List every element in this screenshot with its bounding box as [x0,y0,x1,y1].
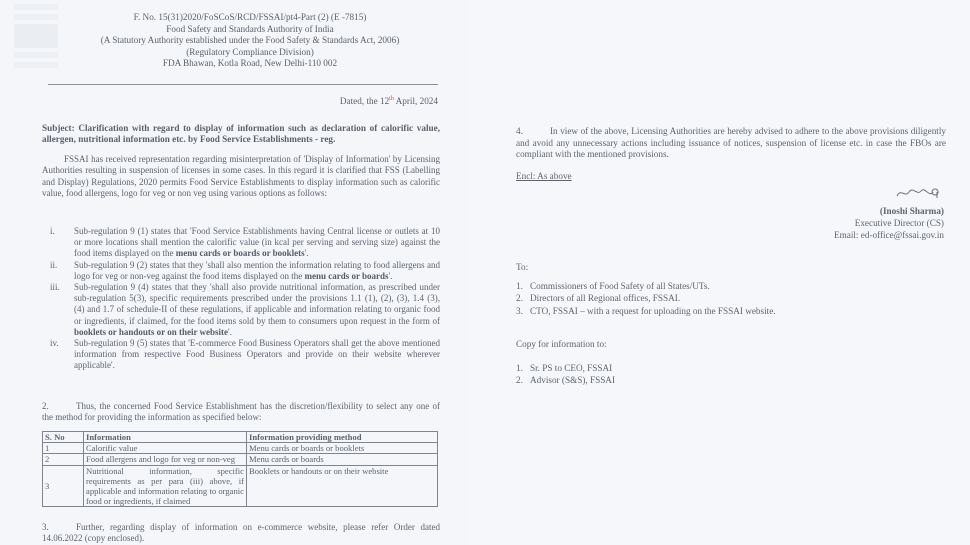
division: (Regulatory Compliance Division) [40,47,460,59]
table-row: 1 Calorific value Menu cards or boards o… [43,443,438,454]
list-item: iii. Sub-regulation 9 (4) states that th… [42,282,440,338]
to-label: To: [516,262,528,272]
table-row: 3 Nutritional information, specific requ… [43,465,438,507]
list-item: 1.Commissioners of Food Safety of all St… [516,280,776,292]
page-2 [470,0,970,545]
list-item: 1.Sr. PS to CEO, FSSAI [516,362,615,374]
list-item: 2.Directors of all Regional offices, FSS… [516,292,776,304]
paragraph-3: 3.Further, regarding display of informat… [42,522,440,545]
address: FDA Bhawan, Kotla Road, New Delhi-110 00… [40,58,460,70]
list-item: iv. Sub-regulation 9 (5) states that 'E-… [42,338,440,372]
list-item: i. Sub-regulation 9 (1) states that 'Foo… [42,226,440,260]
signatory-block: (Inoshi Sharma) Executive Director (CS) … [834,205,944,241]
org-description: (A Statutory Authority established under… [40,35,460,47]
list-item: 2.Advisor (S&S), FSSAI [516,374,615,386]
list-item: 3.CTO, FSSAI – with a request for upload… [516,305,776,317]
table-header: Information [84,432,247,443]
subject: Subject: Clarification with regard to di… [42,123,440,146]
page-1: F. No. 15(31)2020/FoSCoS/RCD/FSSAI/pt4-P… [0,0,470,545]
copy-list: 1.Sr. PS to CEO, FSSAI2.Advisor (S&S), F… [516,362,615,387]
enclosure-note: Encl: As above [516,171,572,181]
table-row: 2 Food allergens and logo for veg or non… [43,454,438,465]
recipient-list: 1.Commissioners of Food Safety of all St… [516,280,776,317]
sub-regulation-list: i. Sub-regulation 9 (1) states that 'Foo… [42,226,440,372]
table-header: Information providing method [247,432,438,443]
file-number: F. No. 15(31)2020/FoSCoS/RCD/FSSAI/pt4-P… [40,12,460,24]
signatory-name: (Inoshi Sharma) [834,205,944,217]
signature-icon [895,186,945,200]
paragraph-4: 4.In view of the above, Licensing Author… [516,126,946,161]
table-header: S. No [43,432,84,443]
date-line: Dated, the 12th April, 2024 [340,96,438,106]
paragraph-1: FSSAI has received representation regard… [42,154,440,200]
information-table: S. No Information Information providing … [42,431,438,507]
signatory-email: Email: ed-office@fssai.gov.in [834,229,944,241]
paragraph-2: 2.Thus, the concerned Food Service Estab… [42,401,440,424]
copy-label: Copy for information to: [516,339,607,349]
header-divider [48,84,438,85]
signatory-designation: Executive Director (CS) [834,217,944,229]
org-name: Food Safety and Standards Authority of I… [40,24,460,36]
list-item: ii. Sub-regulation 9 (2) states that the… [42,260,440,282]
letterhead: F. No. 15(31)2020/FoSCoS/RCD/FSSAI/pt4-P… [40,12,460,70]
